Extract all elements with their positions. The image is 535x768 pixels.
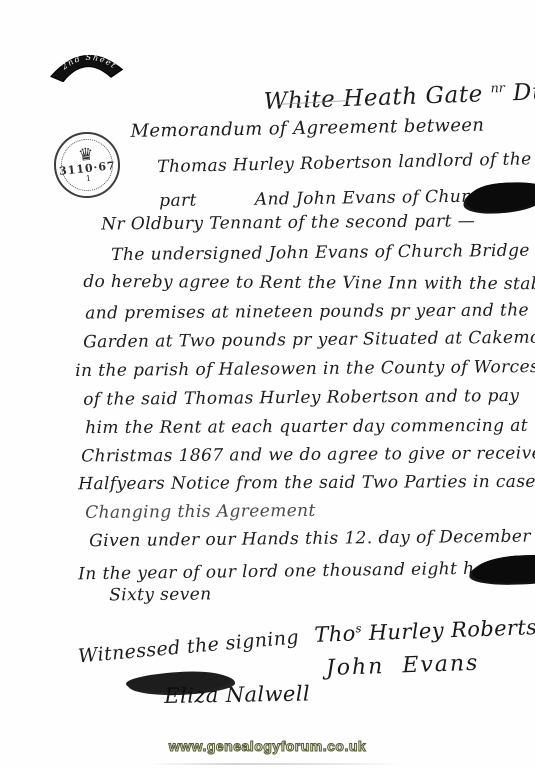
doc-line: Sixty seven	[86, 569, 212, 621]
redaction-blob	[472, 552, 535, 584]
arc-stamp-icon: 2nd Sheet	[43, 39, 130, 89]
scan-artifact-line	[150, 763, 400, 765]
header-place-rest: Dudley	[505, 77, 535, 106]
witness-caption-text: Witnessed the signing	[77, 626, 300, 667]
scanned-document-page: 2nd Sheet White Heath Gate nr Dudley ♛ 3…	[0, 0, 535, 768]
watermark-url: www.genealogyforum.co.uk	[0, 738, 535, 754]
redaction-blob	[465, 179, 535, 214]
doc-line-text: Sixty seven	[109, 584, 211, 605]
signature-witness: Eliza Nalwell	[135, 662, 310, 728]
header-place-sup: nr	[490, 80, 505, 95]
signature-tenant: John Evans	[289, 631, 481, 704]
signature-tenant-text: John Evans	[326, 651, 480, 681]
